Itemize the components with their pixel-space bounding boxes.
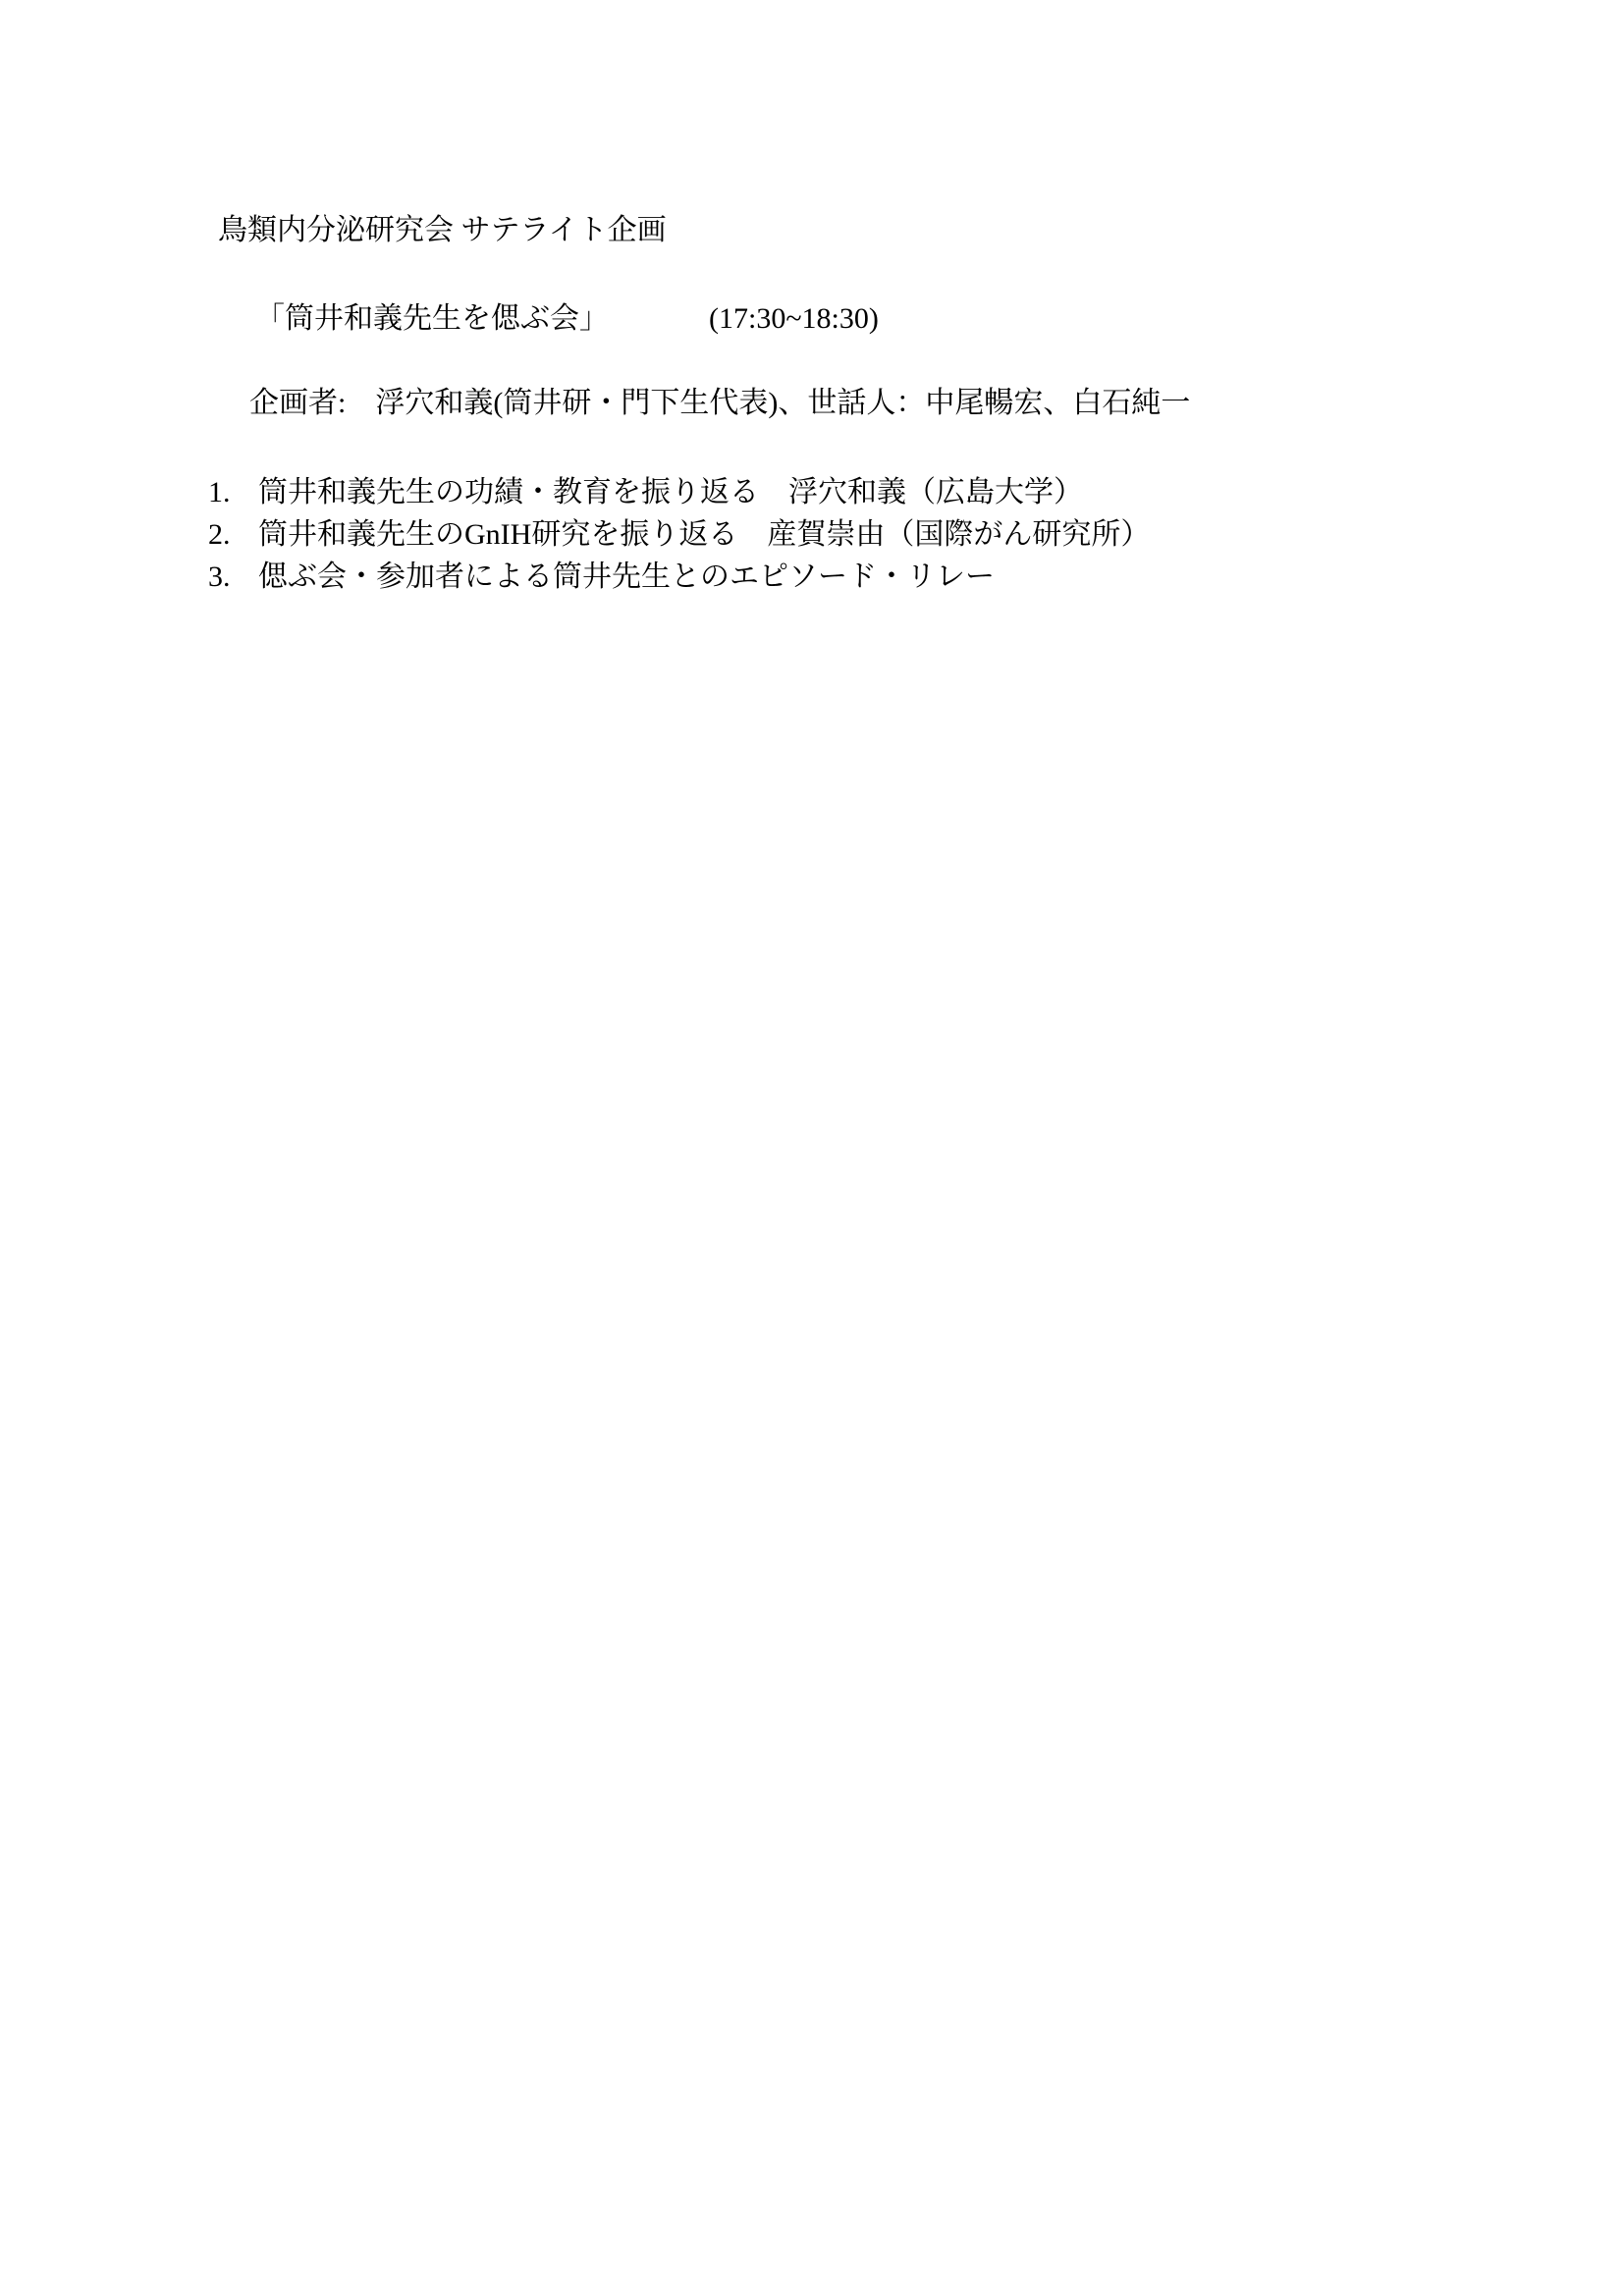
document-page: 鳥類内分泌研究会 サテライト企画 「筒井和義先生を偲ぶ会」(17:30~18:3… [0,0,1623,2296]
list-item-text: 筒井和義先生の功績・教育を振り返る 浮穴和義（広島大学） [258,471,1505,513]
list-item-number: 2. [196,513,258,556]
list-item: 3.偲ぶ会・参加者による筒井先生とのエピソード・リレー [196,556,1505,598]
program-list: 1.筒井和義先生の功績・教育を振り返る 浮穴和義（広島大学）2.筒井和義先生のG… [196,471,1505,598]
list-item: 1.筒井和義先生の功績・教育を振り返る 浮穴和義（広島大学） [196,471,1505,513]
document-title: 鳥類内分泌研究会 サテライト企画 [196,210,1505,251]
session-time: (17:30~18:30) [650,298,879,340]
list-item-text: 筒井和義先生のGnIH研究を振り返る 産賀崇由（国際がん研究所） [258,513,1505,556]
session-title: 「筒井和義先生を偲ぶ会」 [255,302,609,335]
list-item: 2.筒井和義先生のGnIH研究を振り返る 産賀崇由（国際がん研究所） [196,513,1505,556]
session-line: 「筒井和義先生を偲ぶ会」(17:30~18:30) [196,298,1505,340]
list-item-number: 1. [196,471,258,513]
list-item-number: 3. [196,556,258,598]
organizers-line: 企画者: 浮穴和義(筒井研・門下生代表)、世話人：中尾暢宏、白石純一 [196,383,1505,424]
list-item-text: 偲ぶ会・参加者による筒井先生とのエピソード・リレー [258,556,1505,598]
